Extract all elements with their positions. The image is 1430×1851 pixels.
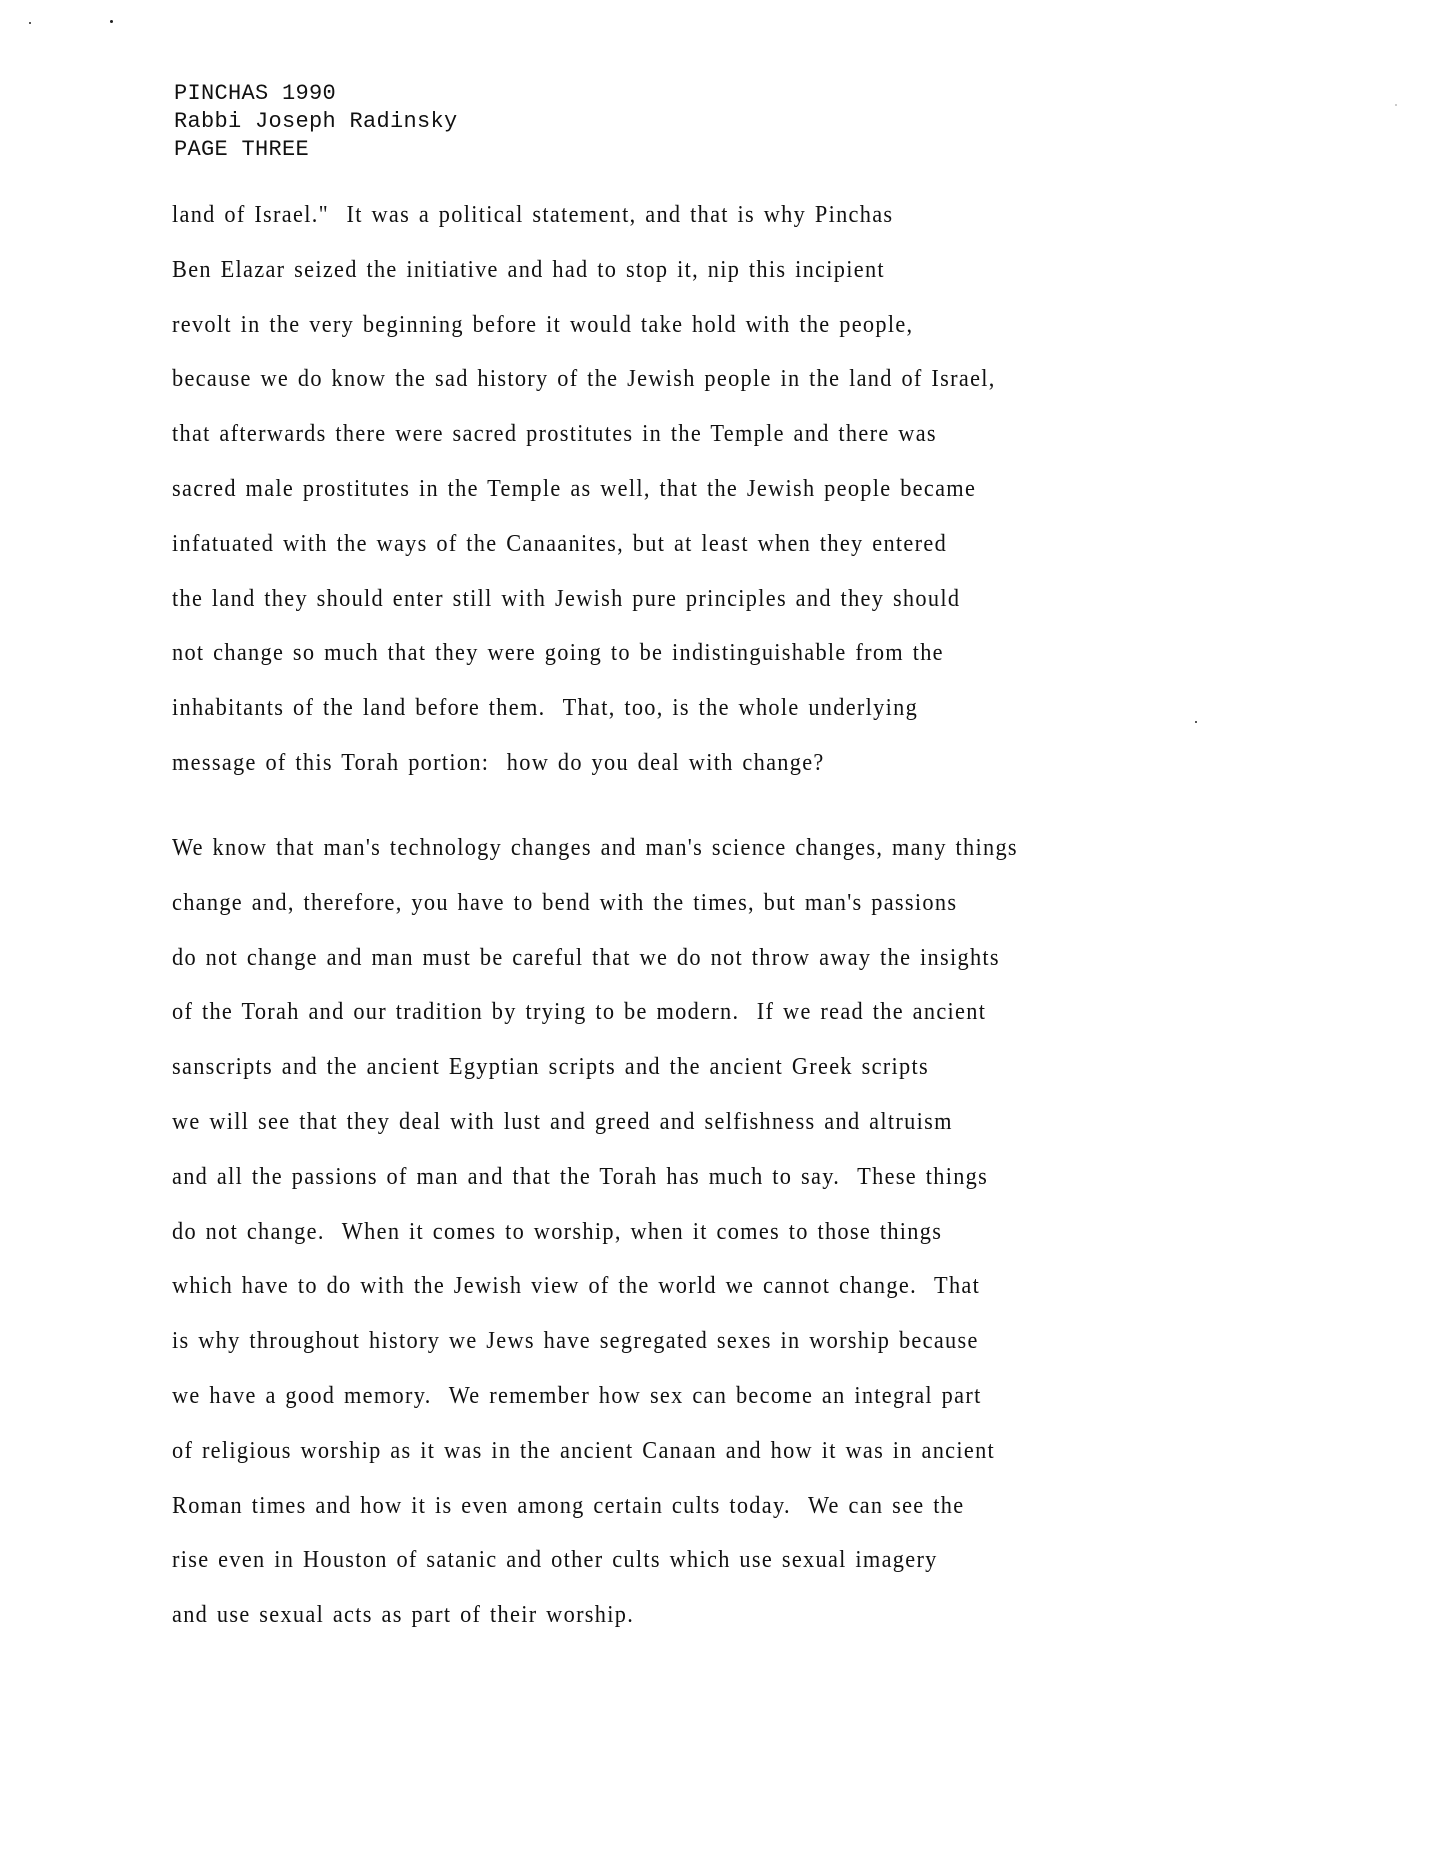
paragraph-1: land of Israel." It was a political stat…: [172, 188, 996, 791]
page-label: PAGE THREE: [174, 136, 458, 164]
text-line: not change so much that they were going …: [172, 626, 996, 681]
text-line: rise even in Houston of satanic and othe…: [172, 1533, 1018, 1588]
document-header: PINCHAS 1990 Rabbi Joseph Radinsky PAGE …: [174, 80, 458, 164]
text-line: we will see that they deal with lust and…: [172, 1095, 1018, 1150]
text-line: message of this Torah portion: how do yo…: [172, 736, 996, 791]
text-line: that afterwards there were sacred prosti…: [172, 407, 996, 462]
text-line: do not change. When it comes to worship,…: [172, 1205, 1018, 1260]
text-line: Ben Elazar seized the initiative and had…: [172, 243, 996, 298]
text-line: of religious worship as it was in the an…: [172, 1424, 1018, 1479]
text-line: land of Israel." It was a political stat…: [172, 188, 996, 243]
paragraph-2: We know that man's technology changes an…: [172, 821, 1018, 1643]
author-name: Rabbi Joseph Radinsky: [174, 108, 458, 136]
scan-speck: [110, 20, 113, 23]
text-line: do not change and man must be careful th…: [172, 931, 1018, 986]
text-line: we have a good memory. We remember how s…: [172, 1369, 1018, 1424]
text-line: is why throughout history we Jews have s…: [172, 1314, 1018, 1369]
text-line: sacred male prostitutes in the Temple as…: [172, 462, 996, 517]
text-line: the land they should enter still with Je…: [172, 572, 996, 627]
text-line: Roman times and how it is even among cer…: [172, 1479, 1018, 1534]
text-line: of the Torah and our tradition by trying…: [172, 985, 1018, 1040]
text-line: change and, therefore, you have to bend …: [172, 876, 1018, 931]
text-line: We know that man's technology changes an…: [172, 821, 1018, 876]
text-line: because we do know the sad history of th…: [172, 352, 996, 407]
scan-speck: [1195, 721, 1197, 723]
text-line: and all the passions of man and that the…: [172, 1150, 1018, 1205]
text-line: revolt in the very beginning before it w…: [172, 298, 996, 353]
text-line: which have to do with the Jewish view of…: [172, 1259, 1018, 1314]
scan-speck: [29, 22, 31, 24]
text-line: sanscripts and the ancient Egyptian scri…: [172, 1040, 1018, 1095]
sermon-title: PINCHAS 1990: [174, 80, 458, 108]
text-line: inhabitants of the land before them. Tha…: [172, 681, 996, 736]
text-line: and use sexual acts as part of their wor…: [172, 1588, 1018, 1643]
scan-speck: [1395, 104, 1397, 106]
text-line: infatuated with the ways of the Canaanit…: [172, 517, 996, 572]
